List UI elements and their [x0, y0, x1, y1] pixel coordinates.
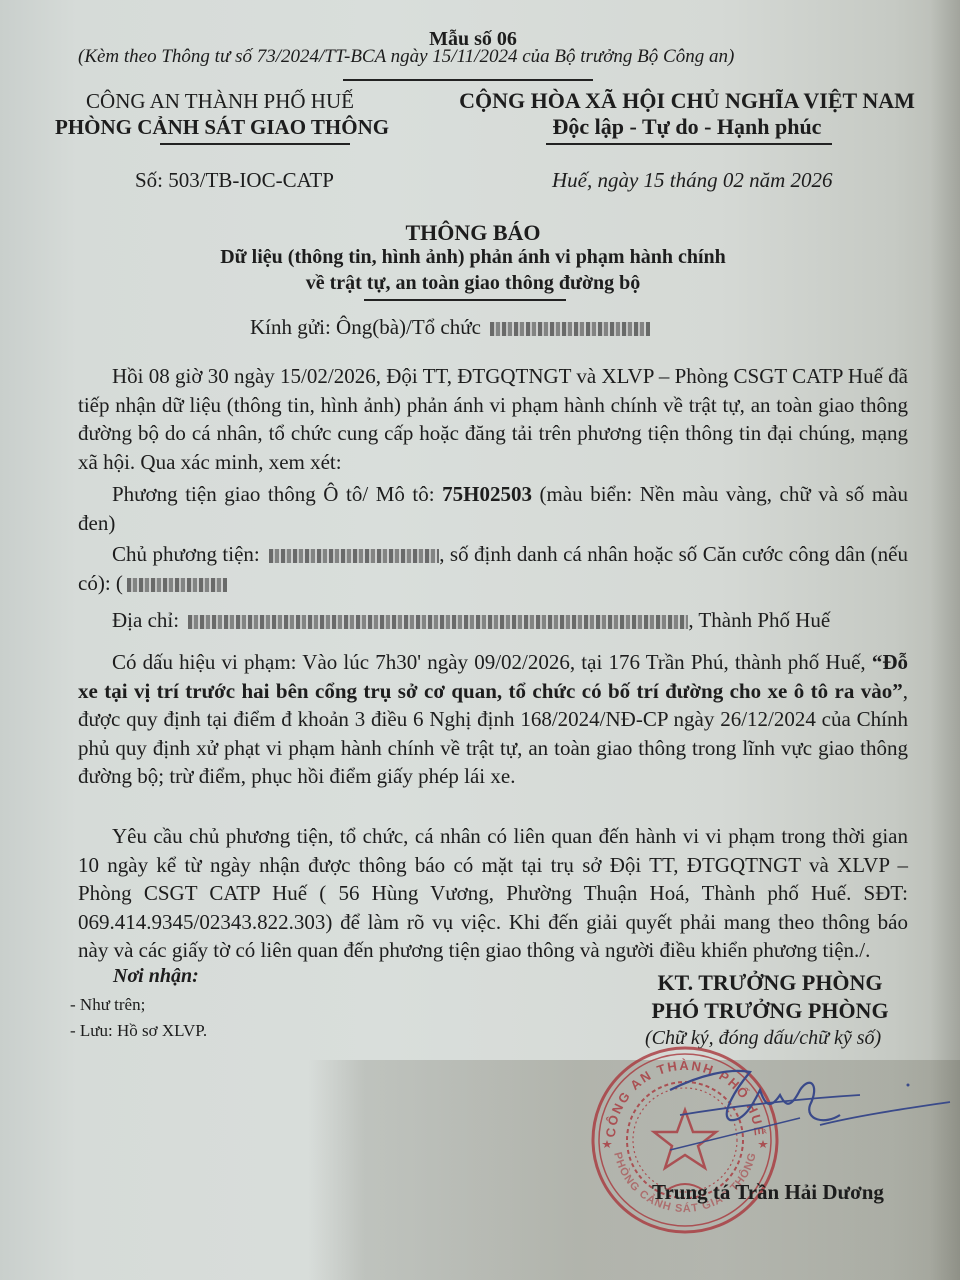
address-paragraph: Địa chỉ: , Thành Phố Huế: [78, 606, 908, 635]
issuing-agency: CÔNG AN THÀNH PHỐ HUẾ PHÒNG CẢNH SÁT GIA…: [55, 88, 385, 140]
form-reference: (Kèm theo Thông tư số 73/2024/TT-BCA ngà…: [78, 46, 734, 68]
intro-paragraph: Hồi 08 giờ 30 ngày 15/02/2026, Đội TT, Đ…: [78, 362, 908, 476]
signer-title-2: PHÓ TRƯỞNG PHÒNG: [560, 998, 960, 1024]
handwritten-signature-icon: [660, 1060, 960, 1160]
recipient-label: Kính gửi: Ông(bà)/Tổ chức: [250, 315, 481, 339]
vehicle-label: Phương tiện giao thông Ô tô/ Mô tô:: [112, 482, 442, 506]
address-city: , Thành Phố Huế: [688, 608, 830, 632]
national-motto: CỘNG HÒA XÃ HỘI CHỦ NGHĨA VIỆT NAM Độc l…: [442, 88, 932, 140]
document-number: Số: 503/TB-IOC-CATP: [135, 168, 334, 193]
divider: [343, 79, 593, 81]
document-date: Huế, ngày 15 tháng 02 năm 2026: [552, 168, 833, 193]
nation-motto: Độc lập - Tự do - Hạnh phúc: [442, 114, 932, 140]
redacted-recipient-name: [490, 322, 650, 336]
address-label: Địa chỉ:: [112, 608, 184, 632]
owner-paragraph: Chủ phương tiện: , số định danh cá nhân …: [78, 540, 908, 597]
violation-paragraph: Có dấu hiệu vi phạm: Vào lúc 7h30' ngày …: [78, 648, 908, 791]
signer-title-1: KT. TRƯỞNG PHÒNG: [560, 970, 960, 996]
motto-underline: [546, 143, 832, 145]
title-underline: [364, 299, 566, 301]
agency-department: PHÒNG CẢNH SÁT GIAO THÔNG: [55, 114, 385, 140]
document-subtitle-1: Dữ liệu (thông tin, hình ảnh) phản ánh v…: [0, 246, 946, 269]
recipient-line: Kính gửi: Ông(bà)/Tổ chức: [250, 315, 650, 340]
document-subtitle-2: về trật tự, an toàn giao thông đường bộ: [0, 272, 946, 295]
violation-intro: Có dấu hiệu vi phạm: Vào lúc 7h30' ngày …: [112, 650, 872, 674]
recipients-item: - Như trên;: [70, 995, 145, 1015]
redacted-owner-id: [127, 578, 227, 592]
owner-label: Chủ phương tiện:: [112, 542, 265, 566]
redacted-owner-name: [269, 549, 439, 563]
agency-underline: [160, 143, 350, 145]
vehicle-paragraph: Phương tiện giao thông Ô tô/ Mô tô: 75H0…: [78, 480, 908, 537]
agency-parent: CÔNG AN THÀNH PHỐ HUẾ: [55, 88, 385, 114]
request-paragraph: Yêu cầu chủ phương tiện, tổ chức, cá nhâ…: [78, 822, 908, 965]
recipients-item: - Lưu: Hồ sơ XLVP.: [70, 1021, 207, 1041]
signer-name: Trung tá Trần Hải Dương: [652, 1180, 884, 1205]
recipients-title: Nơi nhận:: [113, 965, 199, 988]
document-title: THÔNG BÁO: [0, 220, 946, 246]
redacted-address: [188, 615, 688, 629]
license-plate: 75H02503: [442, 482, 532, 506]
nation-name: CỘNG HÒA XÃ HỘI CHỦ NGHĨA VIỆT NAM: [442, 88, 932, 114]
